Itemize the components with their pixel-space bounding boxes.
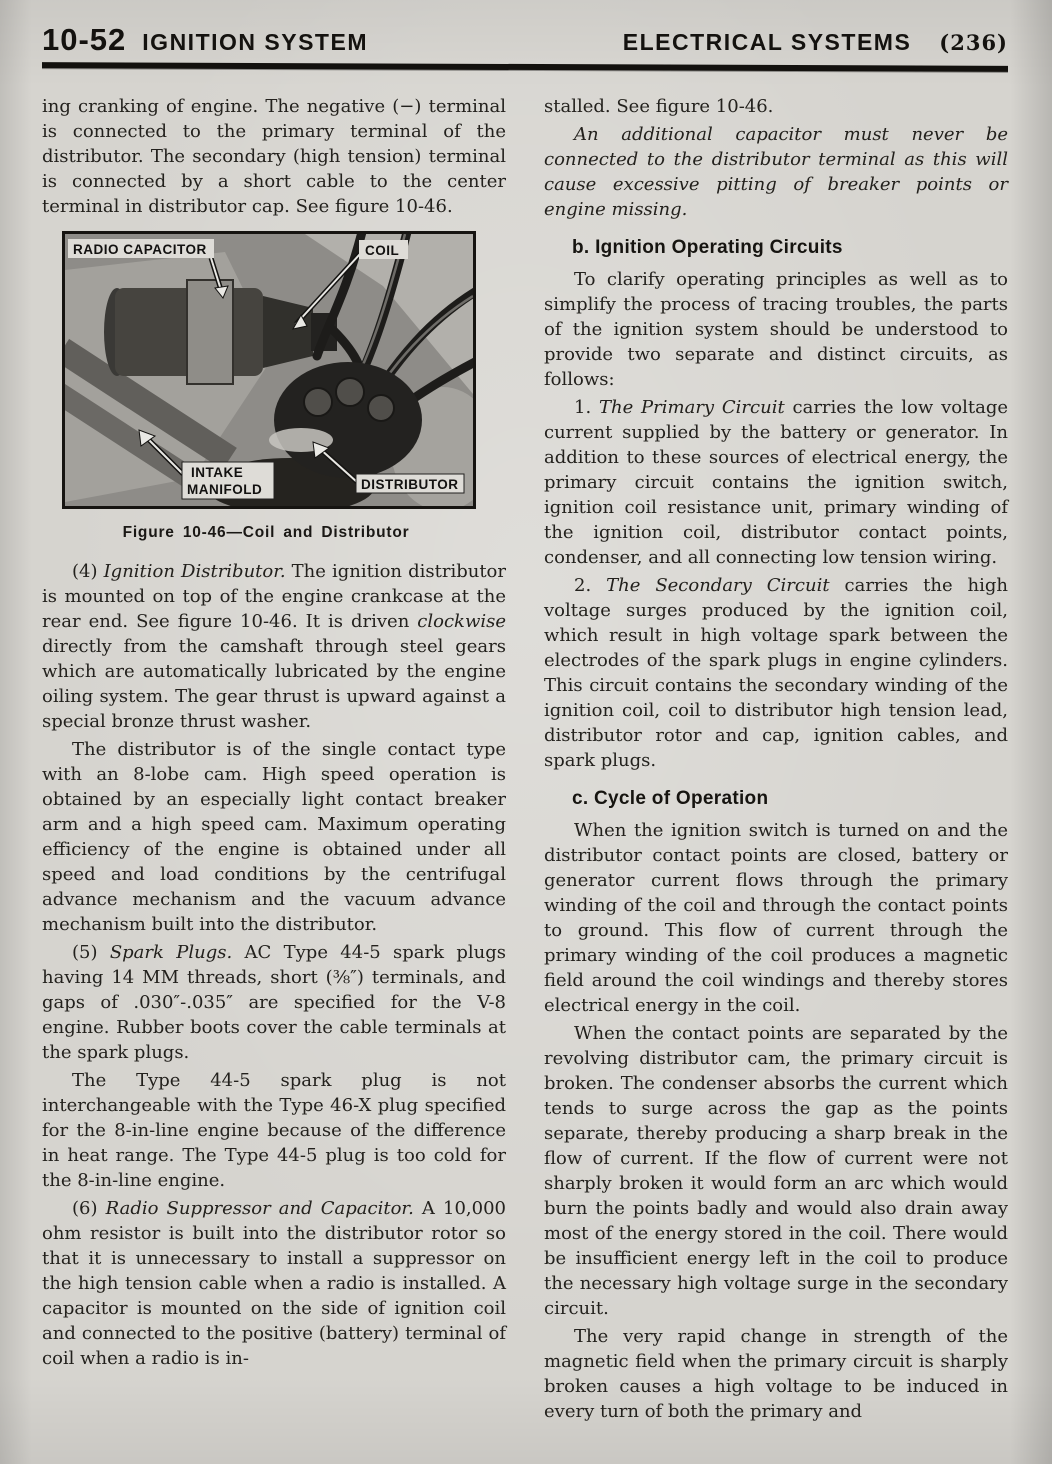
- item-title: Ignition Distributor.: [104, 561, 286, 582]
- heading-ignition-operating-circuits: b. Ignition Operating Circuits: [544, 235, 1008, 260]
- paragraph-capacitor-warning: An additional capacitor must never be co…: [544, 122, 1008, 222]
- item-title: The Secondary Circuit: [606, 575, 829, 596]
- paragraph-stalled: stalled. See figure 10-46.: [544, 94, 1008, 119]
- paragraph-text: carries the low voltage current supplied…: [544, 397, 1008, 568]
- item-number: 2.: [574, 575, 606, 596]
- paragraph-secondary-circuit: 2. The Secondary Circuit carries the hig…: [544, 573, 1008, 773]
- two-column-body: ing cranking of engine. The negative (−)…: [42, 94, 1008, 1427]
- paragraph-text: directly from the camshaft through steel…: [42, 636, 506, 732]
- column-right: stalled. See figure 10-46. An additional…: [544, 94, 1008, 1427]
- italic-word: clockwise: [417, 611, 506, 632]
- header-left: 10-52 IGNITION SYSTEM: [42, 22, 368, 58]
- paragraph-text: A 10,000 ohm resistor is built into the …: [42, 1198, 506, 1369]
- paragraph-text: carries the high voltage surges produced…: [544, 575, 1008, 771]
- paragraph-clarify: To clarify operating principles as well …: [544, 267, 1008, 392]
- paragraph-6-radio-suppressor: (6) Radio Suppressor and Capacitor. A 10…: [42, 1196, 506, 1371]
- paragraph-points-separated: When the contact points are separated by…: [544, 1021, 1008, 1321]
- page-header: 10-52 IGNITION SYSTEM ELECTRICAL SYSTEMS…: [42, 22, 1008, 58]
- section-title-left: IGNITION SYSTEM: [142, 29, 368, 56]
- figure-10-46: RADIO CAPACITOR COIL INTAKE MANIFOLD DIS…: [62, 231, 470, 545]
- coil-label: COIL: [365, 243, 399, 258]
- page-ref: 10-52: [42, 22, 126, 58]
- section-title-right: ELECTRICAL SYSTEMS: [623, 29, 912, 56]
- heading-cycle-of-operation: c. Cycle of Operation: [544, 786, 1008, 811]
- page-number: (236): [939, 30, 1008, 55]
- paragraph-single-contact: The distributor is of the single contact…: [42, 737, 506, 937]
- figure-caption: Figure 10-46—Coil and Distributor: [62, 520, 470, 545]
- item-title: Radio Suppressor and Capacitor.: [106, 1198, 414, 1219]
- header-right: ELECTRICAL SYSTEMS (236): [623, 29, 1008, 56]
- paragraph-continuation: ing cranking of engine. The negative (−)…: [42, 94, 506, 219]
- paragraph-type-44-5: The Type 44-5 spark plug is not intercha…: [42, 1068, 506, 1193]
- manual-page: 10-52 IGNITION SYSTEM ELECTRICAL SYSTEMS…: [0, 0, 1052, 1464]
- column-left: ing cranking of engine. The negative (−)…: [42, 94, 506, 1427]
- paragraph-primary-circuit: 1. The Primary Circuit carries the low v…: [544, 395, 1008, 570]
- intake-manifold-label-line1: INTAKE: [191, 465, 243, 480]
- item-number: (6): [72, 1198, 106, 1219]
- paragraph-4-ignition-distributor: (4) Ignition Distributor. The ignition d…: [42, 559, 506, 734]
- figure-photo: RADIO CAPACITOR COIL INTAKE MANIFOLD DIS…: [62, 231, 476, 509]
- item-title: Spark Plugs.: [110, 942, 232, 963]
- intake-manifold-label-line2: MANIFOLD: [187, 482, 262, 497]
- item-title: The Primary Circuit: [599, 397, 785, 418]
- header-rule: [42, 62, 1008, 72]
- radio-capacitor-label: RADIO CAPACITOR: [73, 242, 207, 257]
- paragraph-rapid-change: The very rapid change in strength of the…: [544, 1324, 1008, 1424]
- paragraph-switch-on: When the ignition switch is turned on an…: [544, 818, 1008, 1018]
- distributor-label: DISTRIBUTOR: [361, 477, 459, 492]
- paragraph-5-spark-plugs: (5) Spark Plugs. AC Type 44-5 spark plug…: [42, 940, 506, 1065]
- item-number: (5): [72, 942, 110, 963]
- item-number: (4): [72, 561, 104, 582]
- item-number: 1.: [574, 397, 599, 418]
